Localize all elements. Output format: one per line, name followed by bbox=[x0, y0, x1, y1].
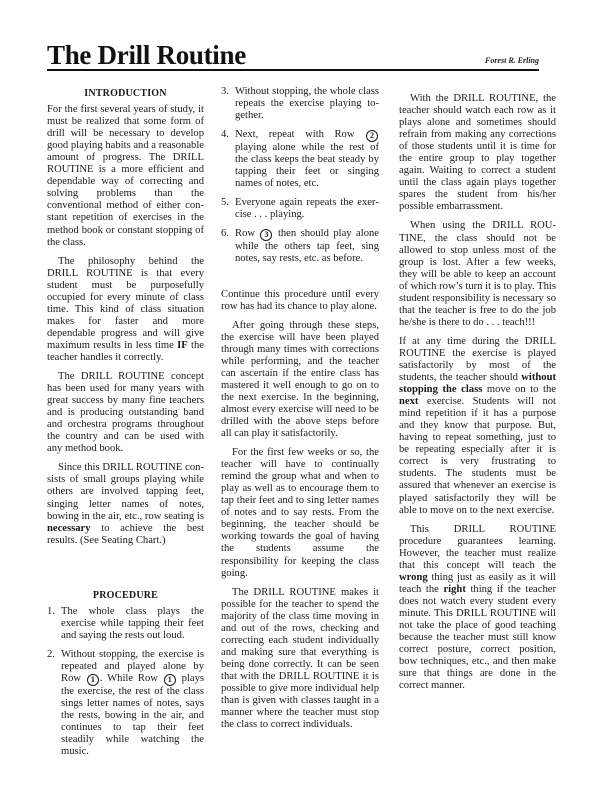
intro-paragraph-4: Since this DRILL ROUTINE con­sists of sm… bbox=[47, 462, 204, 546]
emphasis-necessary: necessary bbox=[47, 523, 91, 534]
text-run: exercise. Students will not mind repetit… bbox=[399, 396, 556, 515]
emphasis-if: IF bbox=[177, 340, 188, 351]
intro-paragraph-3: The DRILL ROUTINE concept has been used … bbox=[47, 371, 204, 455]
guarantees-paragraph: This DRILL ROUTINE procedure guarantees … bbox=[399, 524, 556, 693]
step-number: 5. bbox=[221, 197, 229, 209]
procedure-step-6: 6. Row 3 then should play alone while th… bbox=[221, 228, 379, 265]
step-text: Without stopping, the whole class repeat… bbox=[235, 86, 379, 121]
column-1: INTRODUCTION For the first several years… bbox=[47, 88, 204, 765]
after-steps-paragraph: After going through these steps, the exe… bbox=[221, 320, 379, 440]
procedure-step-2: 2. Without stopping, the exercise is rep… bbox=[47, 649, 204, 758]
header-rule bbox=[47, 69, 539, 71]
step-number: 1. bbox=[47, 606, 55, 618]
column-3: With the DRILL ROUTINE, the teacher shou… bbox=[399, 93, 556, 699]
text-run: The philosophy behind the DRILL ROUTINE … bbox=[47, 256, 204, 351]
procedure-step-1: 1. The whole class plays the exercise wh… bbox=[47, 606, 204, 642]
step-text: plays the exer­cise, the rest of the cla… bbox=[61, 673, 204, 757]
intro-paragraph-2: The philosophy behind the DRILL ROUTINE … bbox=[47, 256, 204, 364]
emphasis-right: right bbox=[443, 584, 465, 595]
step-number: 4. bbox=[221, 129, 229, 141]
first-weeks-paragraph: For the first few weeks or so, the teach… bbox=[221, 447, 379, 580]
procedure-heading: PROCEDURE bbox=[47, 590, 204, 602]
satisfactory-paragraph: If at any time during the DRILL ROUTINE … bbox=[399, 336, 556, 517]
row-2-circle-icon: 2 bbox=[366, 130, 378, 142]
text-run: This DRILL ROUTINE procedure guarantees … bbox=[399, 524, 556, 571]
text-run: move on to the bbox=[482, 384, 556, 395]
row-1-circle-icon: 1 bbox=[87, 674, 99, 686]
emphasis-next: next bbox=[399, 396, 418, 407]
watch-row-paragraph: With the DRILL ROUTINE, the teacher shou… bbox=[399, 93, 556, 213]
column-2: 3. Without stopping, the whole class rep… bbox=[221, 86, 379, 738]
step-text: The whole class plays the exercise while… bbox=[61, 606, 204, 641]
step-text: . While Row bbox=[100, 673, 163, 684]
procedure-steps-1: 1. The whole class plays the exercise wh… bbox=[47, 606, 204, 759]
procedure-step-3: 3. Without stopping, the whole class rep… bbox=[221, 86, 379, 122]
step-number: 2. bbox=[47, 649, 55, 661]
step-text: Everyone again repeats the exer­cise . .… bbox=[235, 197, 379, 220]
page-title: The Drill Routine bbox=[47, 40, 246, 70]
procedure-step-4: 4. Next, repeat with Row 2 playing alone… bbox=[221, 129, 379, 190]
procedure-step-5: 5. Everyone again repeats the exer­cise … bbox=[221, 197, 379, 221]
continue-paragraph: Continue this procedure until every row … bbox=[221, 289, 379, 313]
step-text: Row bbox=[235, 228, 259, 239]
step-text: Next, repeat with Row bbox=[235, 129, 365, 140]
text-run: thing if the teacher does not watch ever… bbox=[399, 584, 556, 691]
procedure-steps-2: 3. Without stopping, the whole class rep… bbox=[221, 86, 379, 266]
step-number: 3. bbox=[221, 86, 229, 98]
row-3-circle-icon: 3 bbox=[260, 229, 272, 241]
emphasis-wrong: wrong bbox=[399, 572, 428, 583]
not-stop-paragraph: When using the DRILL ROU­TINE, the class… bbox=[399, 220, 556, 328]
introduction-heading: INTRODUCTION bbox=[47, 88, 204, 100]
row-1-circle-icon: 1 bbox=[164, 674, 176, 686]
text-run: Since this DRILL ROUTINE con­sists of sm… bbox=[47, 462, 204, 521]
makes-possible-paragraph: The DRILL ROUTINE makes it possible for … bbox=[221, 587, 379, 732]
step-number: 6. bbox=[221, 228, 229, 240]
page-header: The Drill Routine Forest R. Erling bbox=[47, 40, 539, 72]
step-text: playing alone while the rest of the clas… bbox=[235, 142, 379, 189]
author-byline: Forest R. Erling bbox=[485, 56, 539, 65]
intro-paragraph-1: For the first several years of study, it… bbox=[47, 104, 204, 249]
